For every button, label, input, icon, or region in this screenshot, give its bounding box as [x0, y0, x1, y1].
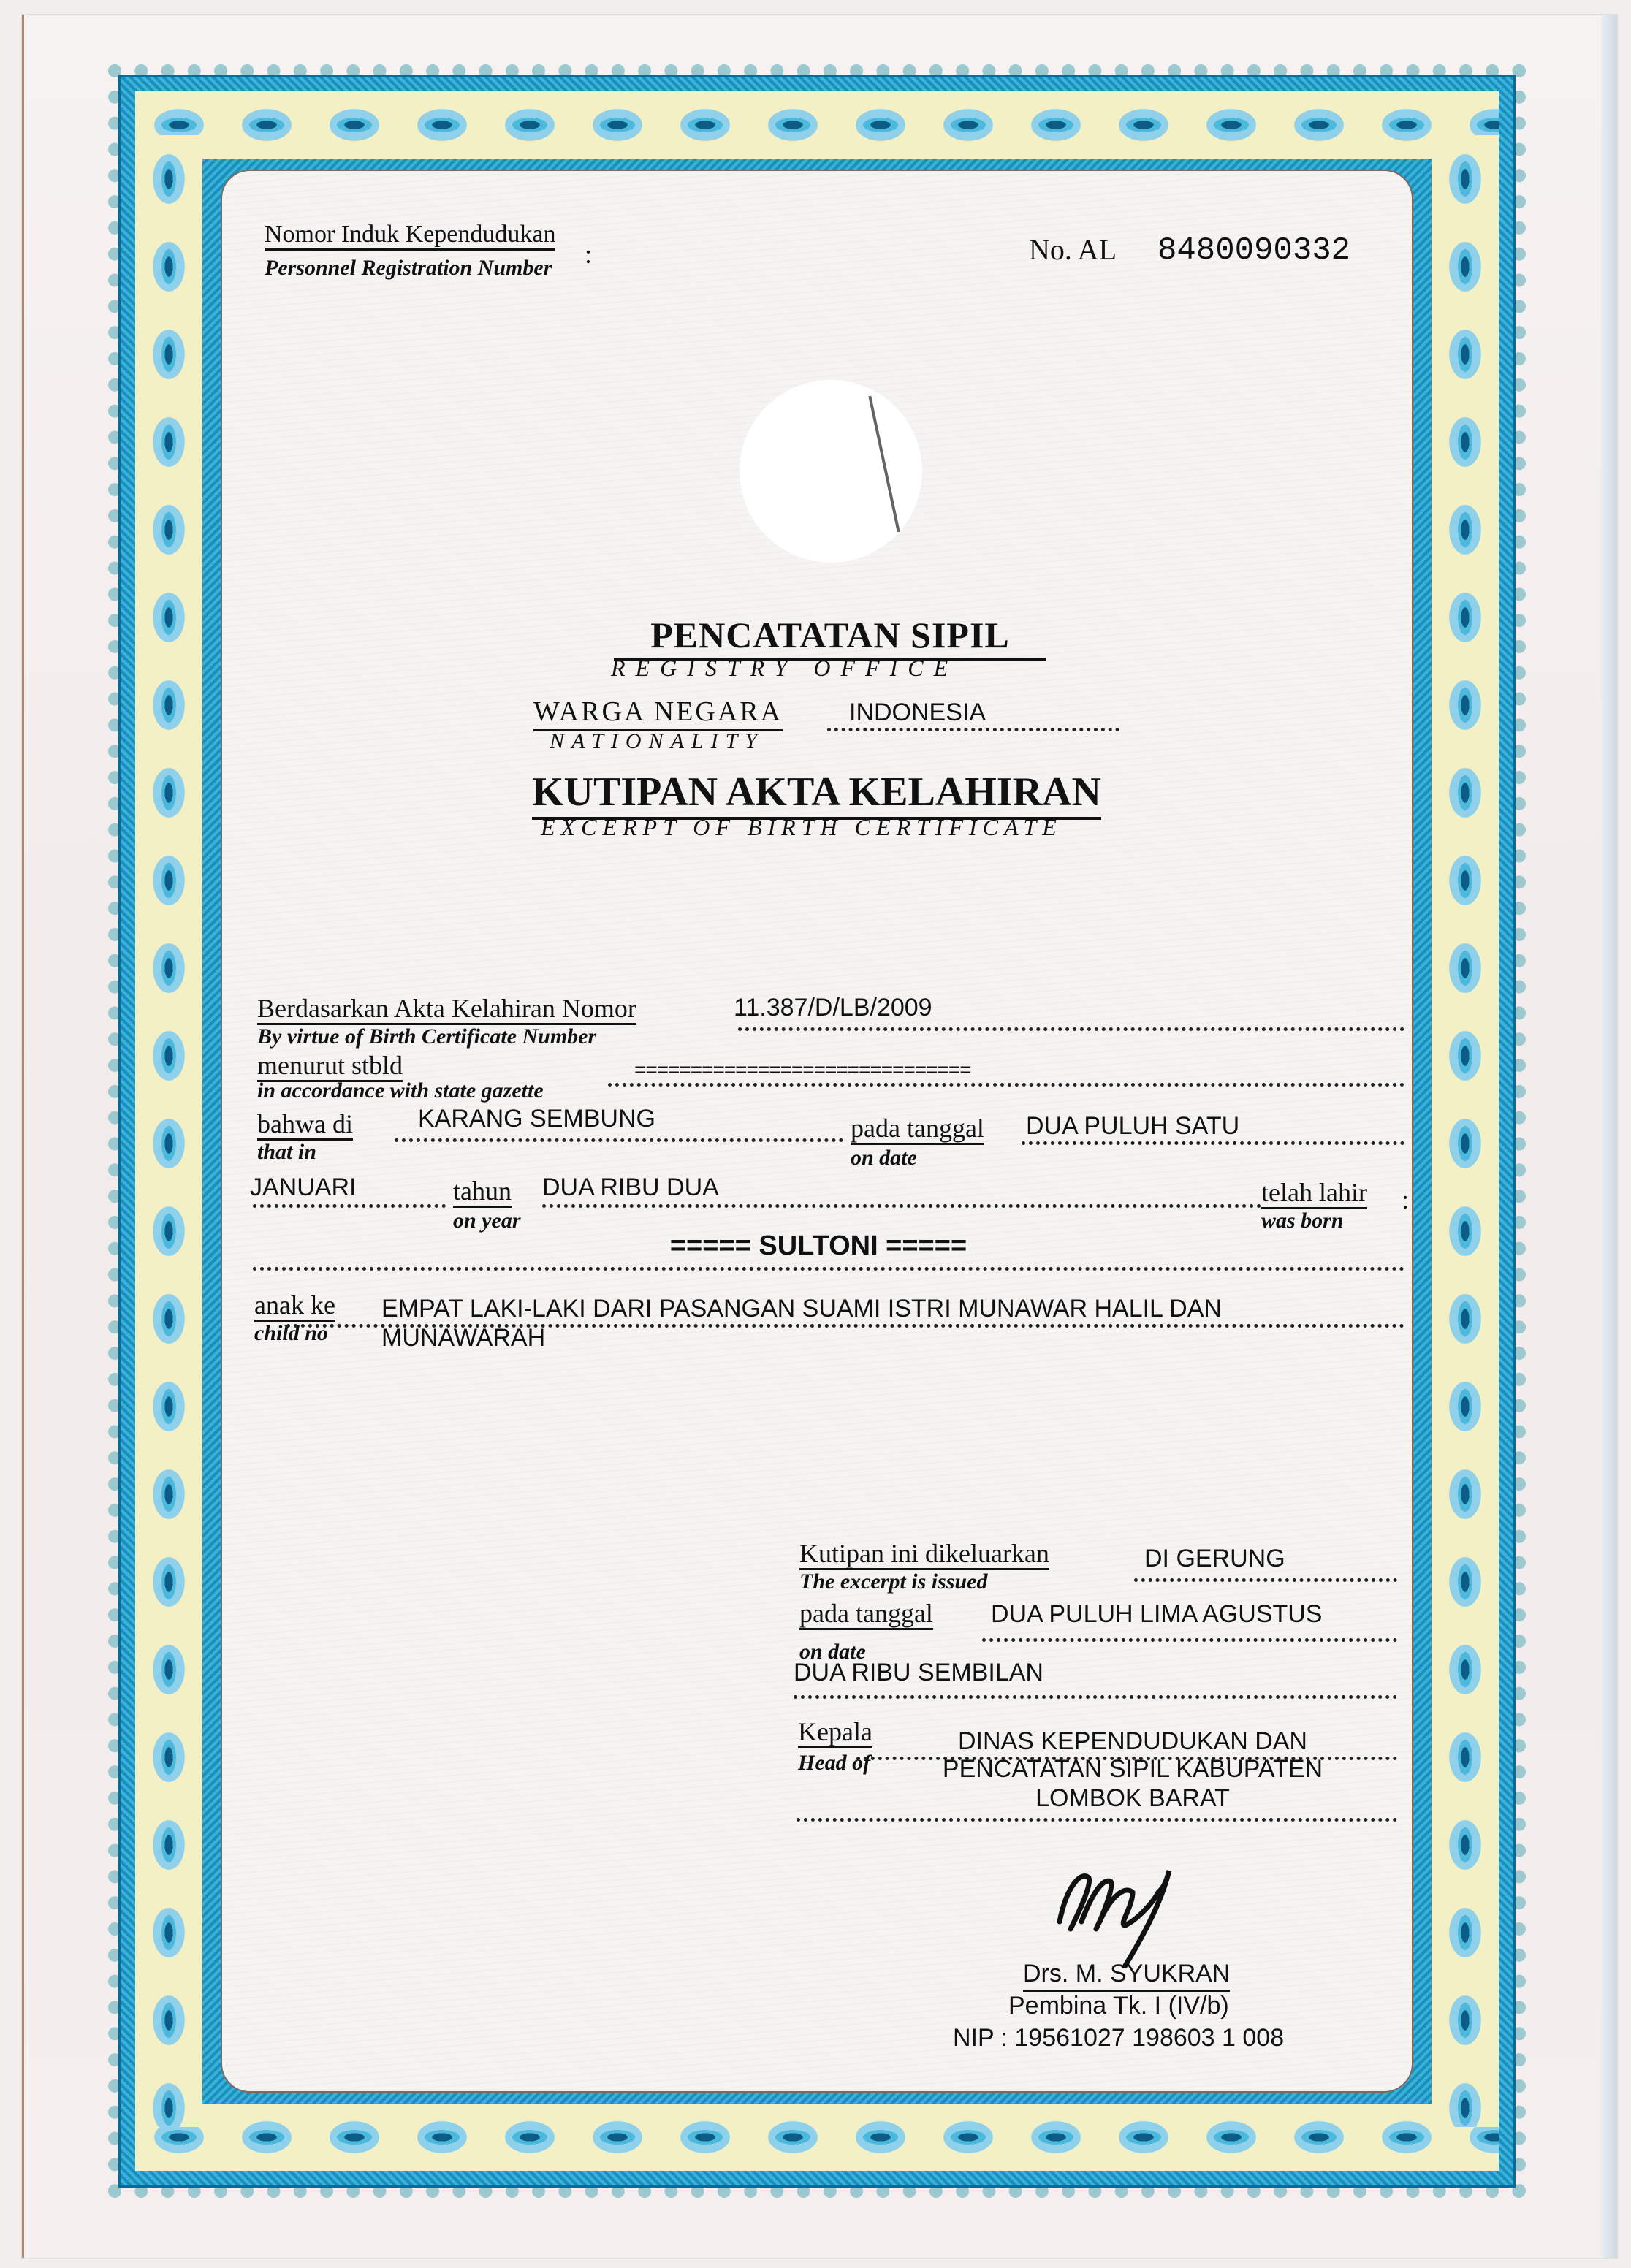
nationality-label-en: NATIONALITY: [550, 729, 764, 754]
nationality-value: INDONESIA: [849, 700, 986, 725]
birthdate-dotted-line: [1022, 1141, 1404, 1145]
head-of-value-line3: LOMBOK BARAT: [891, 1786, 1374, 1811]
issued-date-value: DUA PULUH LIMA AGUSTUS: [991, 1602, 1322, 1626]
birthdate-value: DUA PULUH SATU: [1026, 1114, 1239, 1138]
nationality-dotted-line: [827, 728, 1119, 731]
issued-place-value: DI GERUNG: [1144, 1546, 1285, 1571]
birthdate-label-en: on date: [851, 1147, 917, 1169]
serial-prefix: No. AL: [1029, 235, 1117, 265]
birthyear-label: tahun: [453, 1178, 512, 1208]
child-order-value-line1: EMPAT LAKI-LAKI DARI PASANGAN SUAMI ISTR…: [381, 1296, 1222, 1321]
stbld-value: ==============================: [634, 1059, 971, 1080]
document-title: KUTIPAN AKTA KELAHIRAN: [532, 769, 1101, 820]
head-of-value-line2: PENCATATAN SIPIL KABUPATEN: [891, 1757, 1374, 1781]
birthplace-dotted-line: [395, 1138, 843, 1142]
cert-number-value: 11.387/D/LB/2009: [734, 995, 932, 1020]
cert-number-label: Berdasarkan Akta Kelahiran Nomor: [257, 995, 636, 1025]
head-of-dotted-line-2: [797, 1818, 1397, 1822]
born-label: telah lahir: [1261, 1179, 1367, 1209]
issued-place-label: Kutipan ini dikeluarkan: [799, 1540, 1049, 1570]
birthplace-label: bahwa di: [257, 1111, 353, 1141]
issued-place-dotted-line: [1134, 1578, 1397, 1582]
document-title-en: EXCERPT OF BIRTH CERTIFICATE: [541, 814, 1062, 841]
stbld-dotted-line: [608, 1083, 1404, 1087]
cert-number-label-en: By virtue of Birth Certificate Number: [257, 1026, 596, 1048]
birthmonth-dotted-line: [253, 1204, 446, 1208]
serial-number: 8480090332: [1157, 232, 1350, 269]
issued-date-dotted-line: [982, 1638, 1397, 1642]
born-label-en: was born: [1261, 1210, 1344, 1232]
office-title: PENCATATAN SIPIL: [614, 614, 1046, 661]
issued-year-dotted-line: [794, 1695, 1397, 1699]
nationality-label: WARGA NEGARA: [533, 696, 783, 731]
born-colon: :: [1402, 1187, 1409, 1213]
signatory-rank: Pembina Tk. I (IV/b): [1008, 1992, 1229, 2020]
nik-sub-label: Personnel Registration Number: [265, 257, 552, 279]
head-of-value-line1: DINAS KEPENDUDUKAN DAN: [891, 1729, 1374, 1754]
ornament-band-right: [1432, 135, 1499, 2127]
nik-colon: :: [585, 241, 592, 267]
head-of-label: Kepala: [798, 1719, 872, 1748]
nik-label: Nomor Induk Kependudukan: [265, 222, 555, 251]
paper-edge: [1601, 15, 1617, 2258]
cert-number-dotted-line: [738, 1027, 1404, 1031]
signatory-nip: NIP : 19561027 198603 1 008: [953, 2024, 1284, 2052]
office-title-en: REGISTRY OFFICE: [611, 655, 958, 682]
birthmonth-value: JANUARI: [250, 1175, 356, 1200]
ornament-band-left: [135, 135, 202, 2127]
birthdate-label: pada tanggal: [851, 1115, 984, 1145]
issued-place-label-en: The excerpt is issued: [799, 1571, 987, 1593]
signature-mark: [1038, 1856, 1198, 1973]
ornament-band-bottom: [135, 2104, 1499, 2171]
head-of-label-en: Head of: [798, 1752, 870, 1774]
stbld-label: menurut stbld: [257, 1052, 403, 1082]
birthyear-value: DUA RIBU DUA: [542, 1175, 719, 1200]
signatory-name: Drs. M. SYUKRAN: [1023, 1960, 1230, 1992]
ornament-band-top: [135, 91, 1499, 159]
child-name-dotted-line: [253, 1267, 1404, 1271]
birthyear-dotted-line: [542, 1204, 1261, 1208]
stbld-label-en: in accordance with state gazette: [257, 1080, 544, 1102]
birthyear-label-en: on year: [453, 1210, 521, 1232]
birthplace-label-en: that in: [257, 1141, 316, 1163]
issued-date-label: pada tanggal: [799, 1600, 933, 1630]
child-order-label: anak ke: [254, 1292, 335, 1322]
child-order-value-line2: MUNAWARAH: [381, 1325, 545, 1350]
issued-year-value: DUA RIBU SEMBILAN: [794, 1660, 1043, 1685]
punch-hole: [740, 380, 922, 563]
birthplace-value: KARANG SEMBUNG: [418, 1106, 655, 1131]
child-name: ===== SULTONI =====: [628, 1232, 1008, 1260]
